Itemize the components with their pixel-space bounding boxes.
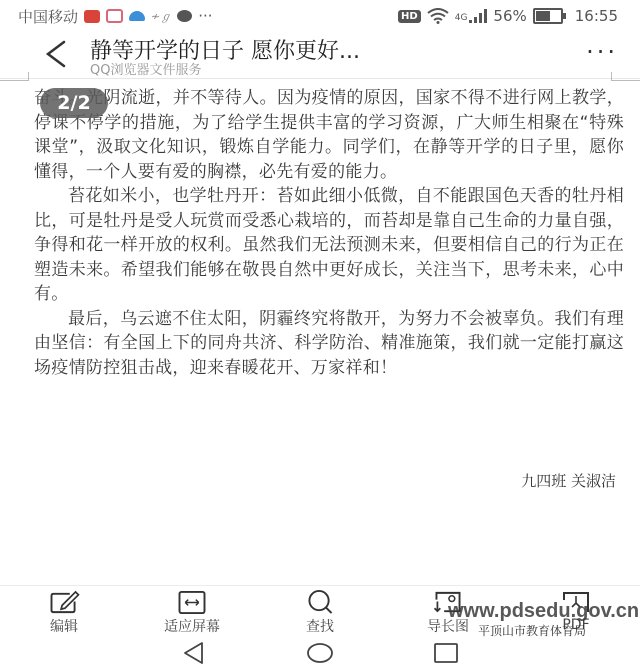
news-app-icon bbox=[84, 10, 100, 23]
fit-screen-label: 适应屏幕 bbox=[164, 616, 220, 636]
paragraph-2: 苔花如米小，也学牡丹开：苔如此细小低微，自不能跟国色天香的牡丹相比，可是牡丹是受… bbox=[34, 184, 624, 307]
battery-percent: 56% bbox=[493, 7, 526, 25]
header-divider bbox=[0, 78, 640, 79]
author-signature: 九四班 关淑洁 bbox=[521, 470, 616, 491]
network-type: 4G bbox=[455, 13, 468, 23]
signal-app-icon: ≁ℊ bbox=[151, 8, 171, 24]
edit-icon bbox=[48, 590, 80, 615]
paragraph-1: 奋斗。光阴流逝，并不等待人。因为疫情的原因，国家不得不进行网上教学，停课不停学的… bbox=[34, 86, 624, 184]
search-icon bbox=[304, 590, 336, 615]
edit-button[interactable]: 编辑 bbox=[0, 586, 128, 636]
page-subtitle: QQ浏览器文件服务 bbox=[90, 59, 201, 78]
fit-screen-icon bbox=[176, 590, 208, 615]
search-button[interactable]: 查找 bbox=[256, 586, 384, 636]
page-corner-left bbox=[0, 72, 29, 81]
document-content: 奋斗。光阴流逝，并不等待人。因为疫情的原因，国家不得不进行网上教学，停课不停学的… bbox=[34, 86, 624, 380]
header: 静等开学的日子 愿你更好... QQ浏览器文件服务 ··· bbox=[0, 32, 640, 78]
back-button[interactable] bbox=[38, 36, 74, 72]
watermark-url: www.pdsedu.gov.cn bbox=[448, 600, 639, 623]
page-corner-right bbox=[611, 72, 640, 81]
nav-recents-icon[interactable] bbox=[432, 641, 460, 665]
wifi-icon bbox=[427, 8, 449, 24]
search-label: 查找 bbox=[306, 616, 334, 636]
edit-label: 编辑 bbox=[50, 616, 78, 636]
carrier-label: 中国移动 bbox=[18, 6, 78, 27]
hd-badge: HD bbox=[398, 10, 421, 23]
cloud-app-icon bbox=[129, 11, 145, 21]
page-indicator-badge: 2/2 bbox=[40, 88, 108, 118]
overflow-icon: ··· bbox=[198, 7, 212, 25]
status-bar: 中国移动 ≁ℊ ··· HD 4G 56% 16:55 bbox=[0, 0, 640, 32]
paragraph-3: 最后，乌云遮不住太阳，阴霾终究将散开，为努力不会被辜负。我们有理由坚信：有全国上… bbox=[34, 307, 624, 381]
nav-back-icon[interactable] bbox=[180, 641, 208, 665]
nav-home-icon[interactable] bbox=[306, 641, 334, 665]
system-nav-bar bbox=[0, 636, 640, 669]
battery-icon bbox=[533, 8, 563, 24]
clock: 16:55 bbox=[575, 7, 618, 25]
cell-signal-icon bbox=[469, 9, 487, 23]
mail-app-icon bbox=[106, 9, 123, 23]
more-menu-button[interactable]: ··· bbox=[586, 42, 618, 62]
chat-bubble-icon bbox=[177, 10, 192, 22]
fit-screen-button[interactable]: 适应屏幕 bbox=[128, 586, 256, 636]
chevron-left-icon bbox=[38, 36, 74, 72]
